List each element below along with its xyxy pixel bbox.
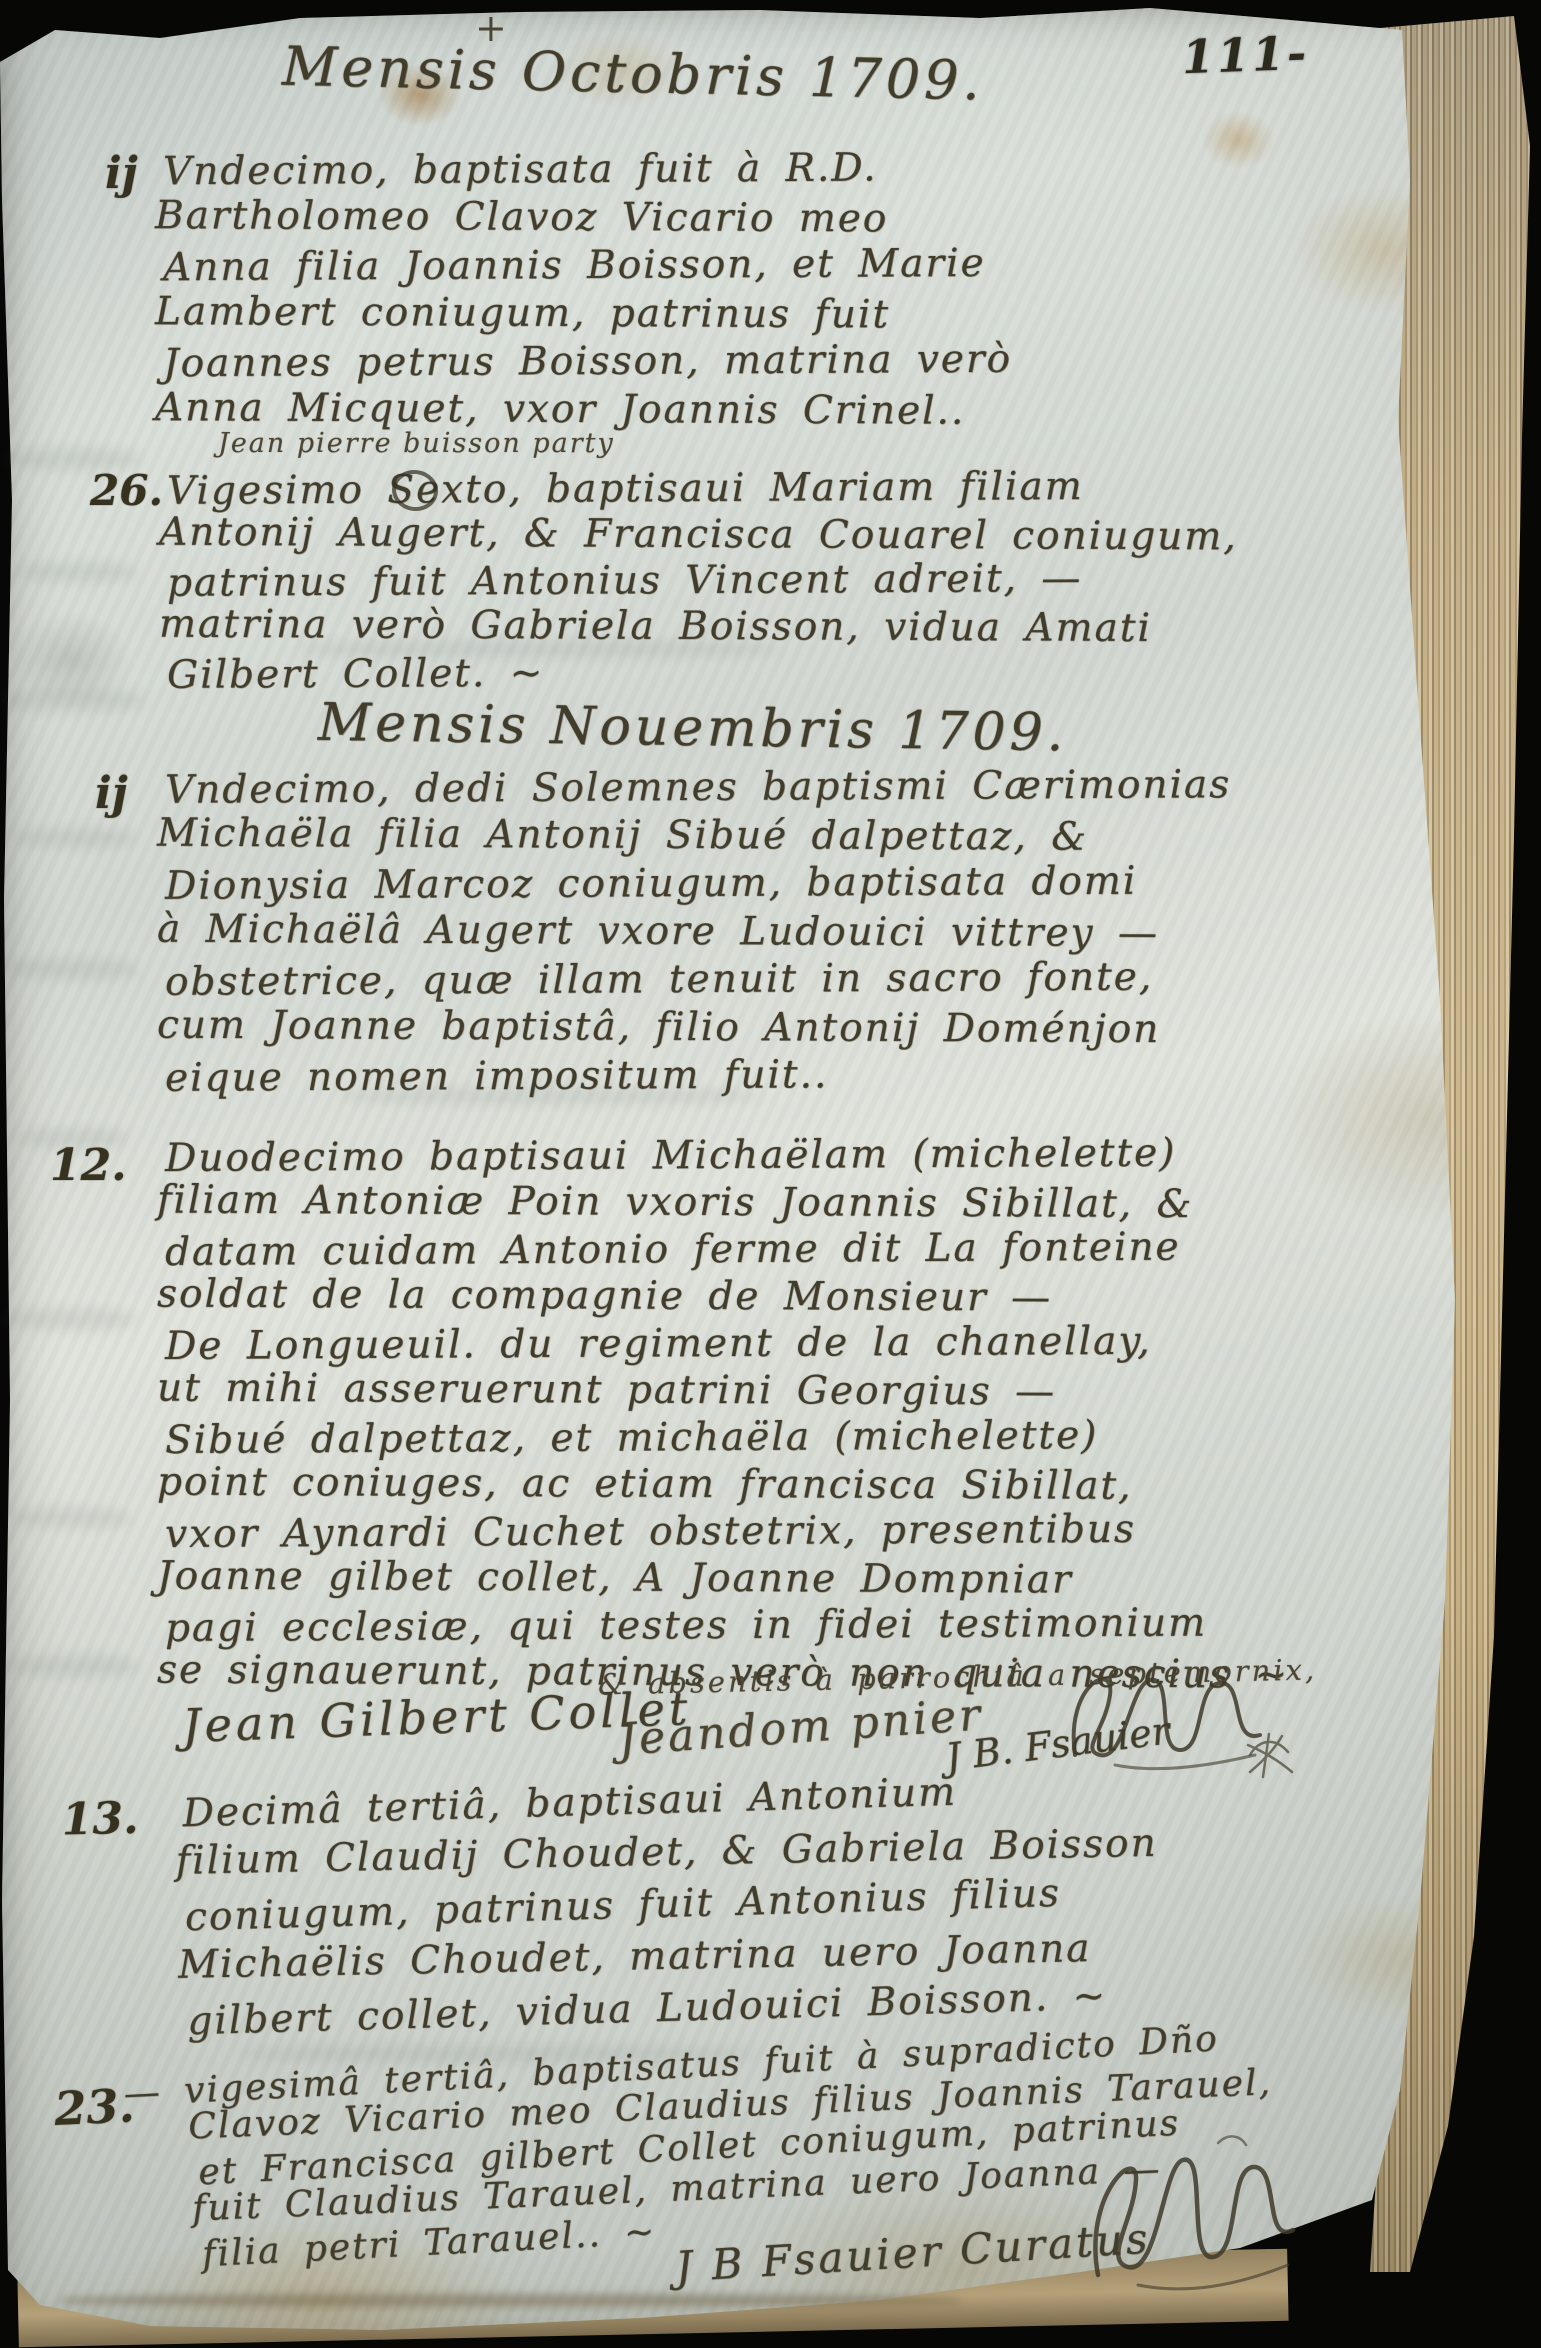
record-line: point coniuges, ac etiam francisca Sibil… (157, 1459, 1289, 1511)
folio-number: 111- (1181, 26, 1310, 84)
record-line: Michaëla filia Antonij Sibué dalpettaz, … (157, 810, 1231, 863)
record-line: Anna filia Joannis Boisson, et Marie (163, 240, 1012, 292)
baptism-entry-nov-11: ij Vndecimo, dedi Solemnes baptismi Cæri… (152, 764, 1231, 1100)
flourish-star-icon (1242, 1730, 1297, 1780)
entry-day-number: ij (105, 148, 138, 199)
entry-day-number: 12. (50, 1140, 127, 1191)
bleed-through-mark (10, 1655, 138, 1677)
entry-day-number: 13. (61, 1793, 139, 1846)
baptism-entry-oct-26: 26. Vigesimo Sexto, baptisaui Mariam fil… (154, 466, 1238, 696)
baptism-entry-nov-13: 13. Decimâ tertiâ, baptisaui Antonium fi… (169, 1764, 1162, 2046)
record-line: patrinus fuit Antonius Vincent adreit, — (167, 555, 1238, 607)
record-line: datam cuidam Antonio ferme dit La fontei… (165, 1223, 1289, 1276)
record-line: Joannes petrus Boisson, matrina verò (163, 336, 1012, 388)
entry-day-number: 26. (90, 466, 163, 515)
entry-day-number: ij (95, 768, 128, 819)
record-line: Vndecimo, baptisata fuit à R.D. (163, 144, 1012, 196)
record-line: matrina verò Gabriela Boisson, vidua Ama… (159, 602, 1238, 653)
record-line: eique nomen impositum fuit.. (165, 1049, 1231, 1103)
record-line: pagi ecclesiæ, qui testes in fidei testi… (165, 1599, 1289, 1652)
record-line: De Longueuil. du regiment de la chanella… (165, 1317, 1289, 1370)
record-line: filiam Antoniæ Poin vxoris Joannis Sibil… (157, 1177, 1289, 1229)
bleed-through-mark (12, 1508, 132, 1528)
record-line: Joanne gilbet collet, A Joanne Dompniar (157, 1553, 1289, 1605)
record-line: à Michaëlâ Augert vxore Ludouici vittrey… (157, 906, 1231, 959)
record-line: Antonij Augert, & Francisca Couarel coni… (159, 510, 1238, 561)
record-line: Anna Micquet, vxor Joannis Crinel.. (155, 384, 1012, 436)
record-line: obstetrice, quæ illam tenuit in sacro fo… (165, 953, 1231, 1007)
record-line: soldat de la compagnie de Monsieur — (157, 1271, 1289, 1323)
manuscript-scan: + Mensis Octobris 1709. 111- ij Vndecimo… (0, 0, 1541, 2348)
record-line: Vigesimo Sexto, baptisaui Mariam filiam (167, 463, 1238, 515)
record-line: Vndecimo, dedi Solemnes baptismi Cærimon… (165, 761, 1231, 815)
bleed-through-mark (14, 828, 136, 848)
bleed-through-mark (6, 958, 138, 980)
bottom-crease (60, 2294, 960, 2307)
record-line: vxor Aynardi Cuchet obstetrix, presentib… (165, 1505, 1289, 1558)
record-line: Dionysia Marcoz coniugum, baptisata domi (165, 857, 1231, 911)
record-line: Bartholomeo Clavoz Vicario meo (155, 192, 1012, 244)
record-line: Sibué dalpettaz, et michaëla (michelette… (165, 1411, 1289, 1464)
baptism-entry-nov-12: 12. Duodecimo baptisaui Michaëlam (miche… (152, 1132, 1289, 1696)
record-line: Gilbert Collet. ~ (167, 647, 1238, 699)
baptism-entry-oct-11: ij Vndecimo, baptisata fuit à R.D. Barth… (150, 146, 1012, 459)
bleed-through-mark (18, 562, 138, 582)
record-line: cum Joanne baptistâ, filio Antonij Domén… (157, 1002, 1231, 1055)
month-heading-november: Mensis Nouembris 1709. (318, 693, 1068, 763)
signature-paraph-icon (1068, 2125, 1308, 2300)
record-line: ut mihi asseruerunt patrini Georgius — (157, 1365, 1289, 1417)
bleed-through-mark (4, 688, 144, 712)
record-line: Lambert coniugum, patrinus fuit (155, 288, 1012, 340)
record-line: Duodecimo baptisaui Michaëlam (michelett… (165, 1129, 1289, 1182)
bleed-through-mark (6, 1308, 136, 1330)
